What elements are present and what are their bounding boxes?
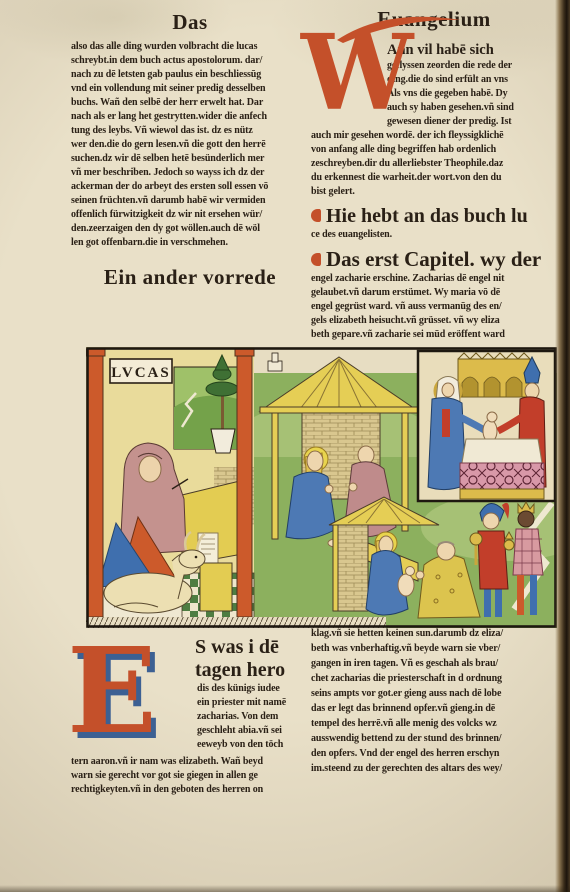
incipit-line2: ce des euangelisten. [311, 228, 559, 242]
vorrede-heading: Ein ander vorrede [71, 265, 309, 290]
left-column-text: also das alle ding wurden volbracht die … [71, 40, 309, 250]
incipit-line1: Hie hebt an das buch lu [326, 205, 528, 227]
bottom-left-narrow-text: dis des künigs iudee ein priester mit na… [197, 682, 309, 752]
page-bottom-shadow [0, 885, 570, 892]
incipit-heading: Hie hebt an das buch lu [311, 204, 559, 228]
pilcrow-icon [311, 209, 321, 222]
chapter-summary: engel zacharie erschine. Zacharias dē en… [311, 272, 559, 342]
running-title-left: Das [72, 10, 308, 35]
right-column-body: auch mir gesehen wordē. der ich fleyssig… [311, 129, 559, 199]
luke-panel: LVCAS [86, 347, 254, 628]
bottom-left-lead2: tagen hero [195, 659, 309, 682]
bottom-left-full-text: tern aaron.vñ ir nam was elizabeth. Wañ … [71, 755, 309, 797]
bottom-right-text: klag.vñ sie hetten keinen sun.darumb dz … [311, 626, 559, 776]
chapter-heading: Das erst Capitel. wy der [311, 246, 559, 272]
pilcrow-icon [311, 253, 321, 266]
chapter-heading-text: Das erst Capitel. wy der [326, 247, 541, 271]
bottom-right-column: klag.vñ sie hetten keinen sun.darumb dz … [311, 626, 559, 776]
initial-flourish [333, 10, 483, 44]
page-background: Das Euangelium also das alle ding wurden… [0, 0, 570, 892]
lombard-initial-e: E [67, 632, 157, 750]
presentation-panel [418, 351, 555, 501]
left-column: also das alle ding wurden volbracht die … [71, 40, 309, 290]
woodcut-illustration: LVCAS [86, 347, 557, 628]
bottom-left-column: E S was i dē tagen hero dis des künigs i… [71, 636, 309, 797]
right-column: W Ann vil habē sich geflyssen zeorden di… [311, 42, 559, 342]
bottom-left-lead1: S was i dē [195, 636, 309, 659]
lucas-label: LVCAS [111, 365, 170, 381]
book-edge-shadow [555, 0, 570, 892]
manuscript-page: { "page": { "header_left": "Das", "heade… [0, 0, 570, 892]
